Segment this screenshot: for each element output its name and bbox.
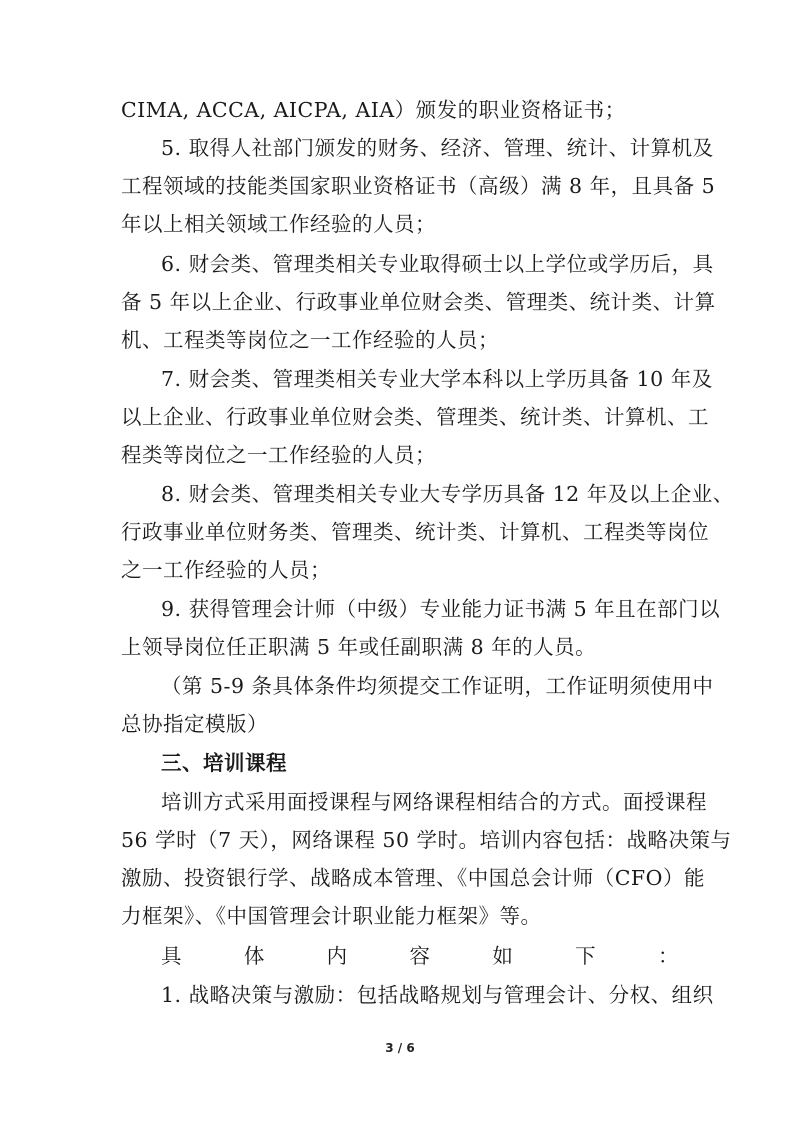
text-line: 以上企业、行政事业单位财会类、管理类、统计类、计算机、工 [121, 398, 679, 436]
list-item-5: 5. 取得人社部门颁发的财务、经济、管理、统计、计算机及 [161, 129, 679, 167]
section-heading: 三、培训课程 [161, 744, 679, 782]
text-line: 行政事业单位财务类、管理类、统计类、计算机、工程类等岗位 [121, 513, 679, 551]
text-line: CIMA, ACCA, AICPA, AIA）颁发的职业资格证书； [121, 91, 679, 129]
list-item-8: 8. 财会类、管理类相关专业大专学历具备 12 年及以上企业、 [161, 475, 679, 513]
page-number: 3 / 6 [0, 1041, 800, 1055]
list-item-9: 9. 获得管理会计师（中级）专业能力证书满 5 年且在部门以 [161, 590, 679, 628]
text-line: 程类等岗位之一工作经验的人员； [121, 436, 679, 474]
text-line: 总协指定模版） [121, 705, 679, 743]
document-page: CIMA, ACCA, AICPA, AIA）颁发的职业资格证书； 5. 取得人… [0, 0, 800, 1131]
text-line: 机、工程类等岗位之一工作经验的人员； [121, 321, 679, 359]
text-line: 之一工作经验的人员； [121, 551, 679, 589]
text-line: 备 5 年以上企业、行政事业单位财会类、管理类、统计类、计算 [121, 283, 679, 321]
text-line: 56 学时（7 天），网络课程 50 学时。培训内容包括：战略决策与 [121, 821, 679, 859]
list-item-7: 7. 财会类、管理类相关专业大学本科以上学历具备 10 年及 [161, 360, 679, 398]
paragraph: 培训方式采用面授课程与网络课程相结合的方式。面授课程 [161, 783, 679, 821]
list-item-6: 6. 财会类、管理类相关专业取得硕士以上学位或学历后，具 [161, 245, 679, 283]
paragraph: 具体内容如下： [161, 937, 679, 975]
list-item-1: 1. 战略决策与激励：包括战略规划与管理会计、分权、组织 [161, 976, 679, 1014]
text-line: 上领导岗位任正职满 5 年或任副职满 8 年的人员。 [121, 628, 679, 666]
text-line: 工程领域的技能类国家职业资格证书（高级）满 8 年，且具备 5 [121, 167, 679, 205]
text-line: 力框架》、《中国管理会计职业能力框架》等。 [121, 897, 679, 935]
note-paragraph: （第 5-9 条具体条件均须提交工作证明，工作证明须使用中 [161, 667, 679, 705]
text-line: 年以上相关领域工作经验的人员； [121, 205, 679, 243]
text-line: 激励、投资银行学、战略成本管理、《中国总会计师（CFO）能 [121, 859, 679, 897]
